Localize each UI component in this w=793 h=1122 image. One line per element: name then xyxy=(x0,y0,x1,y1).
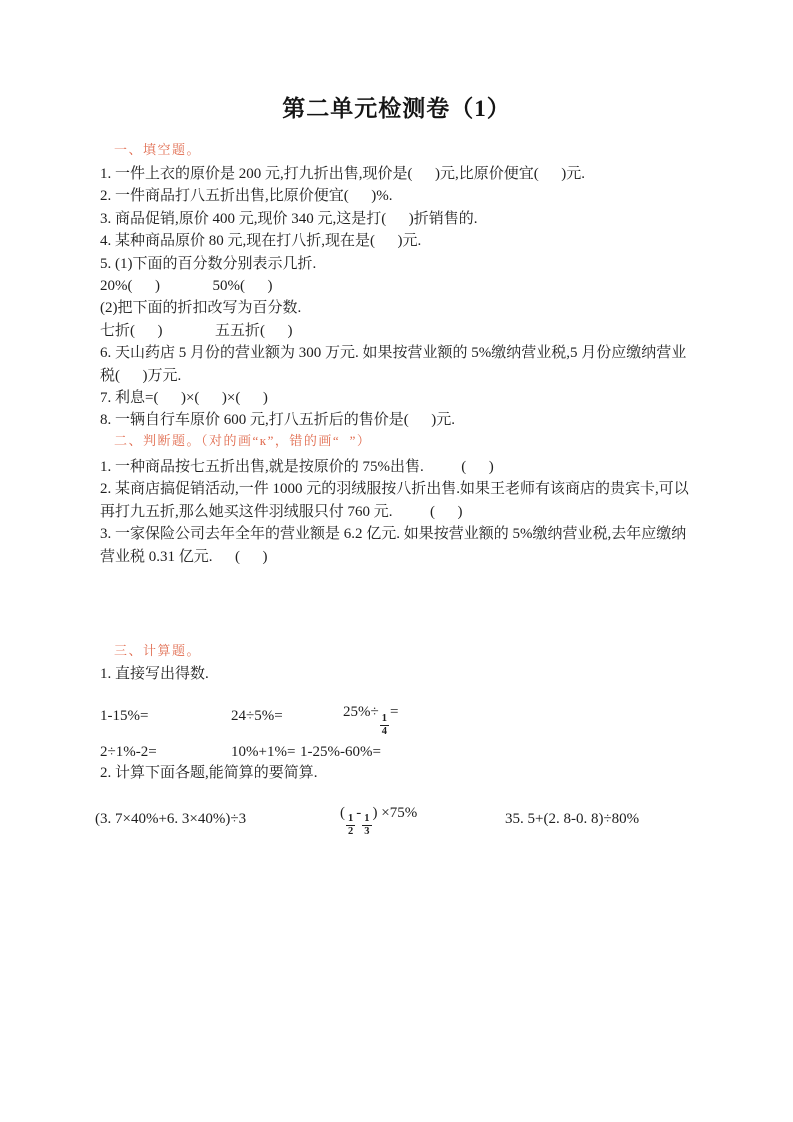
fill-question-5-blanks-discount: 七折( ) 五五折( ) xyxy=(100,320,707,342)
calc-expression: 1-15%= xyxy=(100,705,148,727)
fraction: 14 xyxy=(380,713,389,738)
calc-expression: 24÷5%= xyxy=(231,705,283,727)
fill-question-5-part1: 5. (1)下面的百分数分别表示几折. xyxy=(100,253,707,275)
section-calc-heading: 三、计算题。 xyxy=(114,642,707,660)
fill-question-2: 2. 一件商品打八五折出售,比原价便宜( )%. xyxy=(100,185,707,207)
worksheet-page: 第二单元检测卷（1） 一、填空题。 1. 一件上衣的原价是 200 元,打九折出… xyxy=(0,0,793,1122)
fraction-denominator: 2 xyxy=(346,826,355,838)
calc-subtitle-1: 1. 直接写出得数. xyxy=(100,663,707,685)
expression-text: - xyxy=(356,805,361,821)
expression-text: 25%÷ xyxy=(343,704,379,720)
calc-subtitle-2: 2. 计算下面各题,能简算的要简算. xyxy=(100,762,707,784)
worksheet-body: 一、填空题。 1. 一件上衣的原价是 200 元,打九折出售,现价是( )元,比… xyxy=(0,141,793,842)
page-title: 第二单元检测卷（1） xyxy=(0,0,793,124)
fill-question-1: 1. 一件上衣的原价是 200 元,打九折出售,现价是( )元,比原价便宜( )… xyxy=(100,163,707,185)
expression-text: = xyxy=(390,704,398,720)
fraction-numerator: 1 xyxy=(380,713,389,726)
calc-expression-with-fraction: (12-13) ×75% xyxy=(340,802,417,838)
expression-text: ( xyxy=(340,805,345,821)
fill-question-3: 3. 商品促销,原价 400 元,现价 340 元,这是打( )折销售的. xyxy=(100,208,707,230)
fraction-denominator: 4 xyxy=(380,726,389,738)
judge-question-2-line2: 再打九五折,那么她买这件羽绒服只付 760 元. ( ) xyxy=(100,501,707,523)
calc-row-2: 2÷1%-2= 10%+1%= 1-25%-60%= xyxy=(100,741,707,760)
judge-question-3-line1: 3. 一家保险公司去年全年的营业额是 6.2 亿元. 如果按营业额的 5%缴纳营… xyxy=(100,523,707,545)
calc-expression: 1-25%-60%= xyxy=(300,741,381,763)
judge-question-1: 1. 一种商品按七五折出售,就是按原价的 75%出售. ( ) xyxy=(100,456,707,478)
calc-expression: 10%+1%= xyxy=(231,741,295,763)
fill-question-4: 4. 某种商品原价 80 元,现在打八折,现在是( )元. xyxy=(100,230,707,252)
calc-expression: 2÷1%-2= xyxy=(100,741,157,763)
fraction-numerator: 1 xyxy=(346,813,355,826)
section-judge-heading: 二、判断题。（对的画“к”，错的画“ ”） xyxy=(114,432,707,450)
fraction: 13 xyxy=(362,813,371,838)
calc-expression: 35. 5+(2. 8-0. 8)÷80% xyxy=(505,808,639,830)
section-fill-heading: 一、填空题。 xyxy=(114,141,707,159)
judge-question-2-line1: 2. 某商店搞促销活动,一件 1000 元的羽绒服按八折出售.如果王老师有该商店… xyxy=(100,478,707,500)
fraction-numerator: 1 xyxy=(362,813,371,826)
calc-expression-with-fraction: 25%÷14= xyxy=(343,701,398,737)
calc-row-1: 1-15%= 24÷5%= 25%÷14= xyxy=(100,701,707,731)
judge-question-3-line2: 营业税 0.31 亿元. ( ) xyxy=(100,546,707,568)
fill-question-5-part2: (2)把下面的折扣改写为百分数. xyxy=(100,297,707,319)
fill-question-6-line2: 税( )万元. xyxy=(100,365,707,387)
fraction: 12 xyxy=(346,813,355,838)
fill-question-6-line1: 6. 天山药店 5 月份的营业额为 300 万元. 如果按营业额的 5%缴纳营业… xyxy=(100,342,707,364)
fill-question-7: 7. 利息=( )×( )×( ) xyxy=(100,387,707,409)
calc-expression: (3. 7×40%+6. 3×40%)÷3 xyxy=(95,808,246,830)
fill-question-8: 8. 一辆自行车原价 600 元,打八五折后的售价是( )元. xyxy=(100,409,707,431)
calc-row-3: (3. 7×40%+6. 3×40%)÷3 (12-13) ×75% 35. 5… xyxy=(100,802,707,842)
fraction-denominator: 3 xyxy=(362,826,371,838)
expression-text: ×75% xyxy=(378,805,418,821)
fill-question-5-blanks-percent: 20%( ) 50%( ) xyxy=(100,275,707,297)
